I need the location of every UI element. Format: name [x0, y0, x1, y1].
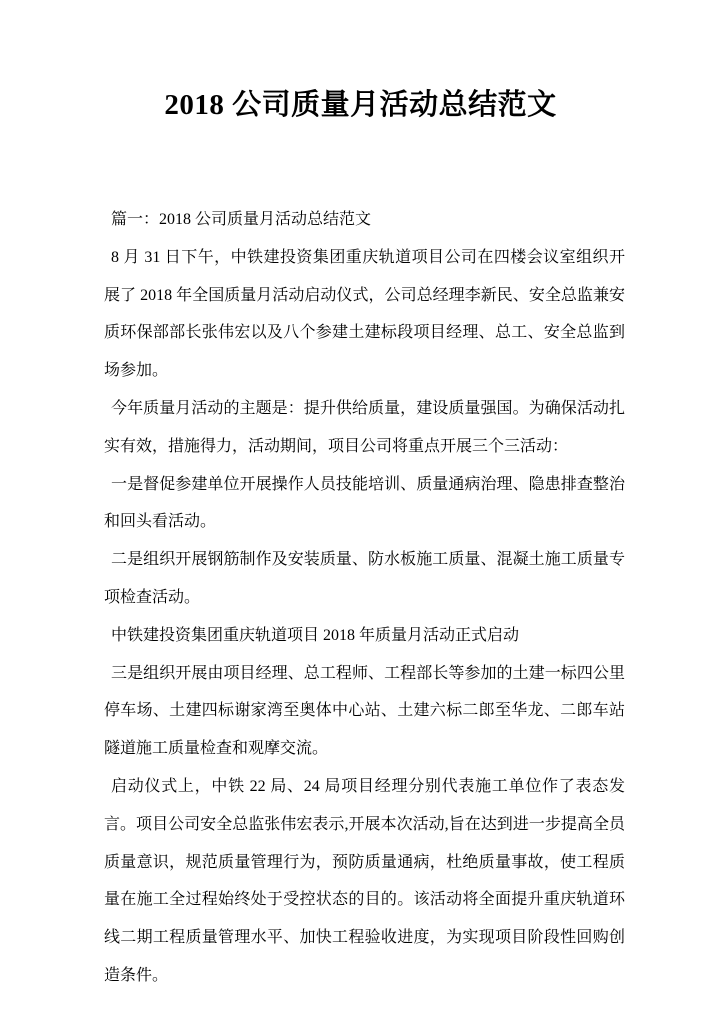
paragraph-heading: 篇一：2018 公司质量月活动总结范文	[104, 201, 625, 239]
paragraph-theme: 今年质量月活动的主题是：提升供给质量，建设质量强国。为确保活动扎实有效，措施得力…	[104, 390, 625, 466]
document-body: 篇一：2018 公司质量月活动总结范文 8 月 31 日下午，中铁建投资集团重庆…	[104, 201, 625, 995]
document-page: 2018 公司质量月活动总结范文 篇一：2018 公司质量月活动总结范文 8 月…	[0, 0, 721, 1020]
paragraph-intro: 8 月 31 日下午，中铁建投资集团重庆轨道项目公司在四楼会议室组织开展了 20…	[104, 239, 625, 390]
document-title: 2018 公司质量月活动总结范文	[0, 0, 721, 124]
paragraph-activity-3: 三是组织开展由项目经理、总工程师、工程部长等参加的土建一标四公里停车场、土建四标…	[104, 655, 625, 768]
paragraph-activity-1: 一是督促参建单位开展操作人员技能培训、质量通病治理、隐患排查整治和回头看活动。	[104, 466, 625, 542]
paragraph-closing: 启动仪式上，中铁 22 局、24 局项目经理分别代表施工单位作了表态发言。项目公…	[104, 768, 625, 995]
paragraph-activity-2: 二是组织开展钢筋制作及安装质量、防水板施工质量、混凝土施工质量专项检查活动。	[104, 541, 625, 617]
paragraph-caption: 中铁建投资集团重庆轨道项目 2018 年质量月活动正式启动	[104, 617, 625, 655]
